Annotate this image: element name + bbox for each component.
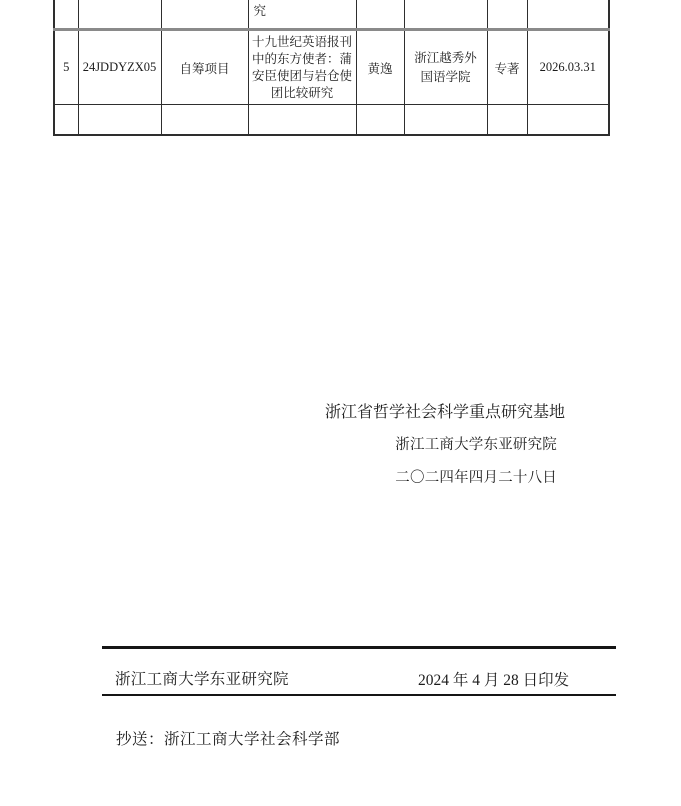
table-row-empty [54, 105, 609, 136]
project-table: 究 5 24JDDYZX05 自筹项目 十九世纪英语报刊 中的东方使者：蒲 安臣… [53, 0, 610, 136]
cell-empty [356, 105, 404, 136]
document-page: 究 5 24JDDYZX05 自筹项目 十九世纪英语报刊 中的东方使者：蒲 安臣… [0, 0, 681, 806]
closing-date: 二〇二四年四月二十八日 [395, 466, 557, 487]
cell-project-title: 十九世纪英语报刊 中的东方使者：蒲 安臣使团与岩仓使 团比较研究 [248, 30, 356, 105]
cell-empty [78, 0, 161, 30]
cell-empty [78, 105, 161, 136]
cell-empty [487, 105, 527, 136]
cell-empty [161, 105, 248, 136]
footer-rule-top [102, 646, 616, 649]
footer-cc-line: 抄送：浙江工商大学社会科学部 [116, 727, 340, 749]
cell-institution: 浙江越秀外 国语学院 [404, 30, 487, 105]
cell-title-tail: 究 [248, 0, 356, 30]
cell-empty [248, 105, 356, 136]
cell-empty [527, 0, 609, 30]
cell-empty [54, 0, 78, 30]
cell-empty [54, 105, 78, 136]
footer-rule-bottom [102, 694, 616, 696]
cell-leader: 黄逸 [356, 30, 404, 105]
cell-deadline: 2026.03.31 [527, 30, 609, 105]
closing-institute-name: 浙江工商大学东亚研究院 [395, 433, 557, 454]
cell-seq: 5 [54, 30, 78, 105]
footer-print-date: 2024 年 4 月 28 日印发 [418, 668, 569, 690]
cell-empty [487, 0, 527, 30]
cell-empty [404, 105, 487, 136]
cell-empty [527, 105, 609, 136]
cell-empty [161, 0, 248, 30]
cell-empty [356, 0, 404, 30]
closing-base-name: 浙江省哲学社会科学重点研究基地 [325, 399, 565, 422]
cell-empty [404, 0, 487, 30]
table-row-partial: 究 [54, 0, 609, 30]
cell-output-form: 专著 [487, 30, 527, 105]
footer-issuer: 浙江工商大学东亚研究院 [115, 667, 289, 689]
table-row: 5 24JDDYZX05 自筹项目 十九世纪英语报刊 中的东方使者：蒲 安臣使团… [54, 30, 609, 105]
cell-category: 自筹项目 [161, 30, 248, 105]
cell-project-id: 24JDDYZX05 [78, 30, 161, 105]
